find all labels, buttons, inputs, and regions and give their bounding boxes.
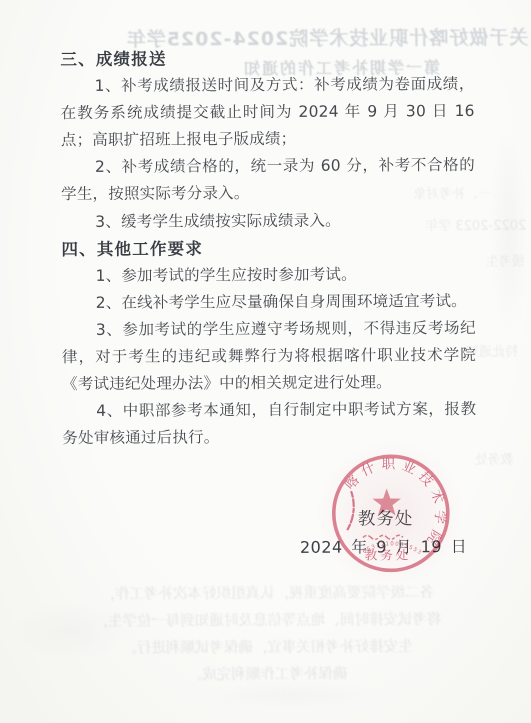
star-icon [372, 488, 401, 515]
scan-artifact [489, 119, 530, 339]
bleedthrough-bottom-line: 确保补考工作顺利完成。 [42, 661, 494, 690]
scan-artifact [11, 601, 131, 662]
scan-artifact [202, 679, 382, 710]
uyghur-script-arc [347, 491, 353, 530]
bleedthrough-bottom-line: 各二级学院要高度重视，认真组织好本次补考工作， [41, 580, 493, 609]
uyghur-script-line [363, 535, 403, 539]
bleedthrough-fragment: 教务处 [474, 449, 513, 468]
bleedthrough-fragment: 缓考生 [485, 251, 524, 270]
body-line: 4、中职部参考本通知，自行制定中职考试方案，报教 [62, 396, 476, 425]
body-line: 1、参加考试的学生应按时参加考试。 [61, 261, 475, 290]
body-line: 律，对于考生的违纪或舞弊行为将根据喀什职业技术学院 [62, 342, 476, 371]
body-line: 《考试违纪处理办法》中的相关规定进行处理。 [62, 369, 476, 398]
body-line: 2、在线补考学生应尽量确保自身周围环境适宜考试。 [62, 288, 476, 317]
body-line: 3、参加考试的学生应遵守考场规则，不得违反考场纪 [62, 315, 476, 344]
notice-body: 三、成绩报送 1、补考成绩报送时间及方式：补考成绩为卷面成绩， 在教务系统成绩提… [60, 44, 476, 453]
body-line: 在教务系统成绩提交截止时间为 2024 年 9 月 30 日 16 [61, 98, 475, 127]
bleedthrough-bottom-text: 各二级学院要高度重视，认真组织好本次补考工作， 将考试安排时间、地点等信息及时通… [41, 580, 494, 690]
body-line: 1、补考成绩报送时间及方式：补考成绩为卷面成绩， [60, 71, 474, 100]
body-line: 学生，按照实际考分录入。 [61, 179, 475, 208]
body-line: 3、缓考学生成绩按实际成绩录入。 [61, 206, 475, 235]
body-line: 2、补考成绩合格的，统一录为 60 分，补考不合格的 [61, 152, 475, 181]
section-heading: 四、其他工作要求 [61, 234, 475, 263]
scanned-notice-page: 关于做好喀什职业技术学院2024-2025学年 第一学期补考工作的通知 一、补考… [0, 0, 531, 723]
section-heading: 三、成绩报送 [60, 44, 474, 73]
official-seal: 喀什职业技术学院 教务处 6531210005553 [323, 446, 458, 581]
bleedthrough-bottom-line: 将考试安排时间、地点等信息及时通知到每一位学生， [41, 607, 493, 636]
bleedthrough-bottom-line: 生安排好补考相关事宜，确保考试顺利进行。 [41, 634, 493, 663]
body-line: 点；高职扩招班上报电子版成绩； [61, 125, 475, 154]
